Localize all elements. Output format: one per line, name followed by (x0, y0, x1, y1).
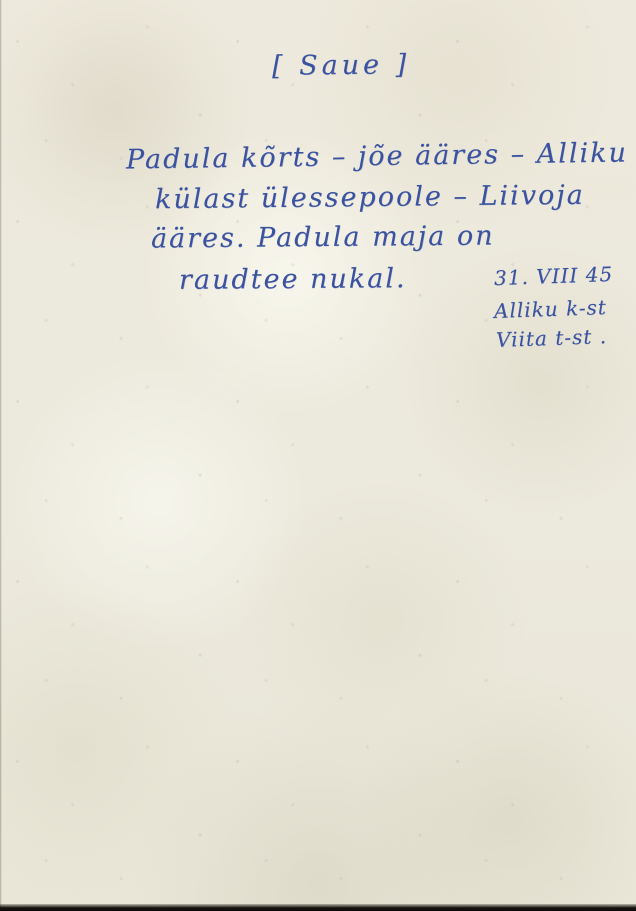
scanned-note-card: [ Saue ] Padula kõrts – jõe ääres – Alli… (0, 0, 636, 911)
informant-source-line-2: Viita t-st . (496, 326, 608, 350)
handwritten-line-4: raudtee nukal. (179, 265, 407, 294)
scan-edge-bottom-shadow (0, 904, 636, 911)
informant-source-line-1: Alliku k-st (494, 297, 607, 321)
handwritten-line-2: külast ülessepoole – Liivoja (155, 182, 585, 213)
handwritten-line-3: ääres. Padula maja on (151, 223, 495, 253)
card-header-placename: [ Saue ] (272, 51, 410, 79)
collection-date: 31. VIII 45 (494, 264, 614, 288)
handwritten-line-1: Padula kõrts – jõe ääres – Alliku (126, 139, 628, 173)
paper-background (0, 0, 636, 911)
scan-edge-left-shadow (0, 0, 2, 911)
